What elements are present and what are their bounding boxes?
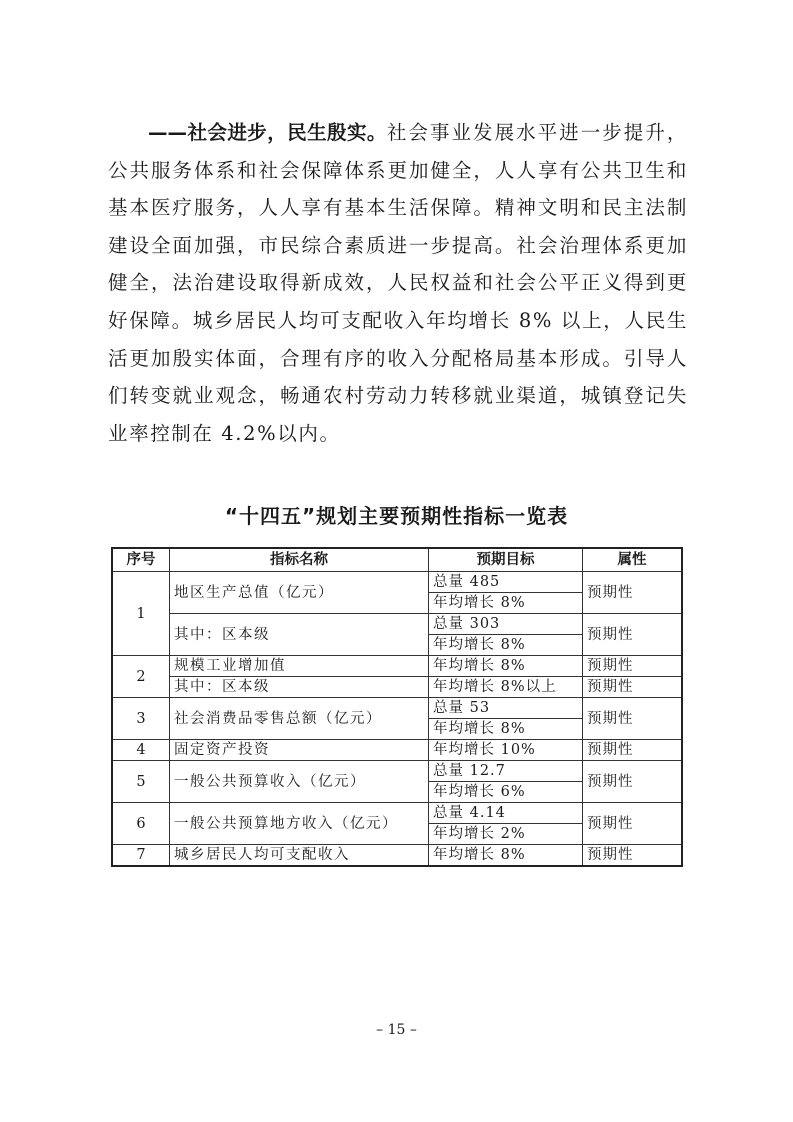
cell-target: 总量 12.7 [429, 761, 583, 782]
cell-target: 年均增长 8%以上 [429, 677, 583, 698]
table-header-row: 序号 指标名称 预期目标 属性 [112, 548, 682, 572]
table-title: “十四五”规划主要预期性指标一览表 [0, 500, 793, 529]
table-row: 3 社会消费品零售总额（亿元） 总量 53 预期性 [112, 698, 682, 719]
table-row: 2 规模工业增加值 年均增长 8% 预期性 [112, 656, 682, 677]
cell-name: 一般公共预算地方收入（亿元） [170, 803, 429, 845]
header-attr: 属性 [583, 548, 683, 572]
cell-attr: 预期性 [583, 656, 683, 677]
table-row: 其中：区本级 年均增长 8%以上 预期性 [112, 677, 682, 698]
paragraph-body: 社会事业发展水平进一步提升，公共服务体系和社会保障体系更加健全，人人享有公共卫生… [108, 121, 688, 445]
header-name: 指标名称 [170, 548, 429, 572]
cell-attr: 预期性 [583, 698, 683, 740]
cell-target: 总量 53 [429, 698, 583, 719]
header-target: 预期目标 [429, 548, 583, 572]
cell-target: 总量 485 [429, 572, 583, 593]
cell-target: 年均增长 8% [429, 635, 583, 656]
page-number: – 15 – [0, 1022, 793, 1038]
cell-num: 3 [112, 698, 170, 740]
paragraph-lead: ——社会进步，民生殷实。 [148, 121, 387, 144]
cell-attr: 预期性 [583, 761, 683, 803]
table-row: 6 一般公共预算地方收入（亿元） 总量 4.14 预期性 [112, 803, 682, 824]
cell-attr: 预期性 [583, 677, 683, 698]
cell-num: 7 [112, 845, 170, 867]
table-row: 4 固定资产投资 年均增长 10% 预期性 [112, 740, 682, 761]
cell-attr: 预期性 [583, 803, 683, 845]
cell-num: 5 [112, 761, 170, 803]
cell-target: 年均增长 8% [429, 845, 583, 867]
cell-name: 规模工业增加值 [170, 656, 429, 677]
cell-target: 年均增长 8% [429, 719, 583, 740]
cell-num: 1 [112, 572, 170, 656]
table-row: 5 一般公共预算收入（亿元） 总量 12.7 预期性 [112, 761, 682, 782]
cell-name: 城乡居民人均可支配收入 [170, 845, 429, 867]
cell-num: 4 [112, 740, 170, 761]
table-row: 1 地区生产总值（亿元） 总量 485 预期性 [112, 572, 682, 593]
cell-attr: 预期性 [583, 740, 683, 761]
cell-target: 年均增长 2% [429, 824, 583, 845]
cell-target: 总量 4.14 [429, 803, 583, 824]
cell-name: 社会消费品零售总额（亿元） [170, 698, 429, 740]
cell-name: 其中：区本级 [170, 677, 429, 698]
cell-name: 其中：区本级 [170, 614, 429, 656]
cell-name: 固定资产投资 [170, 740, 429, 761]
cell-attr: 预期性 [583, 572, 683, 614]
table-row: 7 城乡居民人均可支配收入 年均增长 8% 预期性 [112, 845, 682, 867]
cell-target: 年均增长 6% [429, 782, 583, 803]
table-row: 其中：区本级 总量 303 预期性 [112, 614, 682, 635]
cell-name: 地区生产总值（亿元） [170, 572, 429, 614]
body-paragraph: ——社会进步，民生殷实。社会事业发展水平进一步提升，公共服务体系和社会保障体系更… [108, 114, 688, 452]
cell-num: 2 [112, 656, 170, 698]
indicators-table: 序号 指标名称 预期目标 属性 1 地区生产总值（亿元） 总量 485 预期性 … [111, 547, 683, 867]
cell-target: 年均增长 8% [429, 593, 583, 614]
header-num: 序号 [112, 548, 170, 572]
cell-target: 总量 303 [429, 614, 583, 635]
cell-target: 年均增长 10% [429, 740, 583, 761]
cell-target: 年均增长 8% [429, 656, 583, 677]
cell-num: 6 [112, 803, 170, 845]
cell-attr: 预期性 [583, 845, 683, 867]
cell-attr: 预期性 [583, 614, 683, 656]
cell-name: 一般公共预算收入（亿元） [170, 761, 429, 803]
